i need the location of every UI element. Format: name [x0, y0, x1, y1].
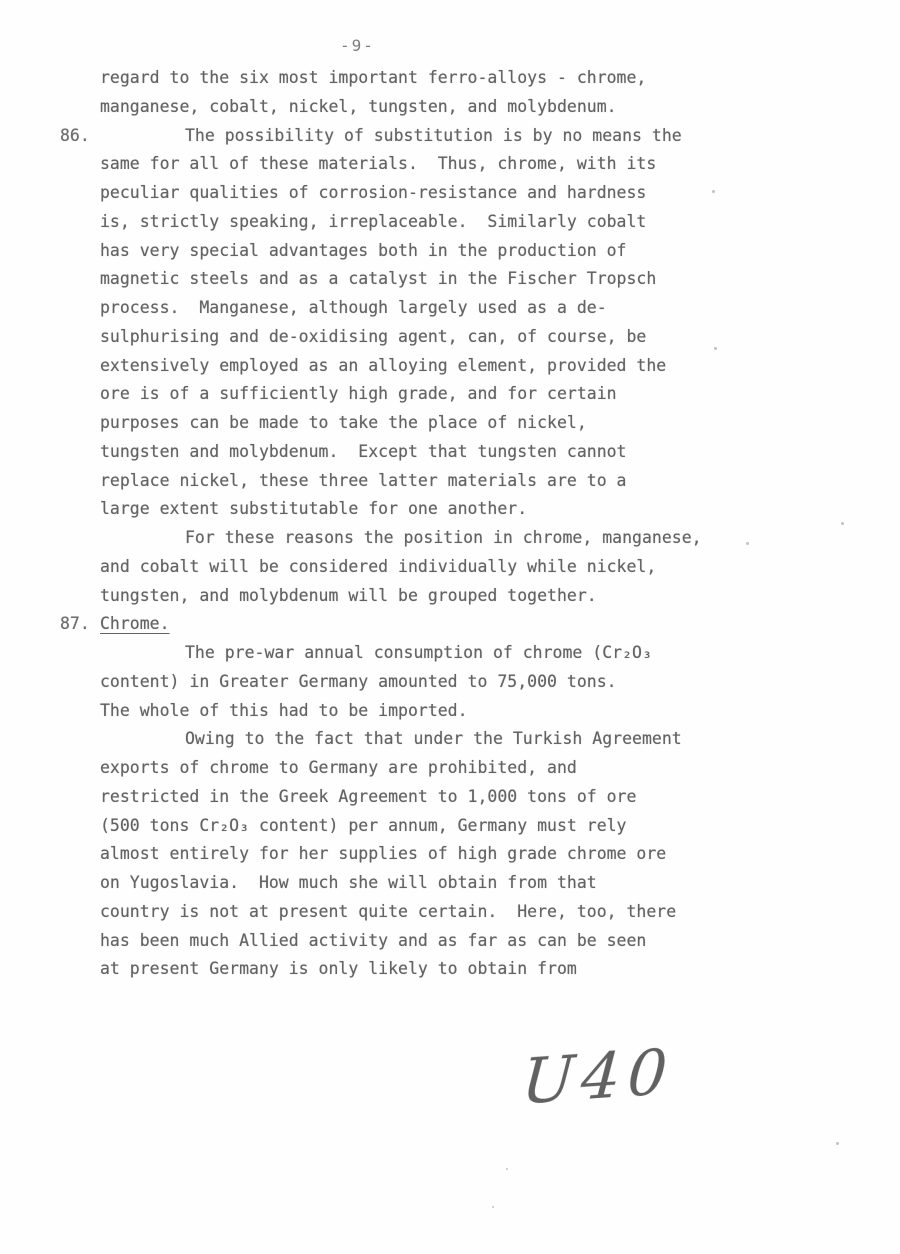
text-line: country is not at present quite certain.…	[100, 898, 700, 927]
text-line: content) in Greater Germany amounted to …	[100, 668, 700, 697]
text-line: tungsten and molybdenum. Except that tun…	[100, 438, 700, 467]
text-line: has very special advantages both in the …	[100, 237, 700, 266]
text-line: same for all of these materials. Thus, c…	[100, 150, 700, 179]
text-line: exports of chrome to Germany are prohibi…	[100, 754, 700, 783]
text-line: ore is of a sufficiently high grade, and…	[100, 380, 700, 409]
text-line: extensively employed as an alloying elem…	[100, 352, 700, 381]
text-line: peculiar qualities of corrosion-resistan…	[100, 179, 700, 208]
text-line: restricted in the Greek Agreement to 1,0…	[100, 783, 700, 812]
scan-speck	[841, 522, 844, 525]
text-line: (500 tons Cr₂O₃ content) per annum, Germ…	[100, 812, 700, 841]
text-line: magnetic steels and as a catalyst in the…	[100, 265, 700, 294]
scan-speck	[492, 1206, 494, 1208]
scan-speck	[714, 347, 717, 350]
text-line: regard to the six most important ferro-a…	[100, 64, 700, 93]
text-block: regard to the six most important ferro-a…	[100, 64, 700, 984]
scan-speck	[712, 190, 715, 193]
scan-speck	[746, 542, 749, 545]
paragraph-number: 87.	[60, 610, 90, 639]
handwritten-mark: U40	[520, 1034, 677, 1118]
section-heading-chrome: 87.Chrome.	[100, 610, 700, 639]
text-line: For these reasons the position in chrome…	[100, 524, 700, 553]
scan-speck	[836, 1142, 839, 1145]
text-line: purposes can be made to take the place o…	[100, 409, 700, 438]
text-line: replace nickel, these three latter mater…	[100, 467, 700, 496]
text-line: manganese, cobalt, nickel, tungsten, and…	[100, 93, 700, 122]
text-line: sulphurising and de-oxidising agent, can…	[100, 323, 700, 352]
text-line: large extent substitutable for one anoth…	[100, 495, 700, 524]
page-number: -9-	[340, 36, 375, 55]
scan-speck	[506, 1168, 508, 1170]
text-line: 86.The possibility of substitution is by…	[100, 122, 700, 151]
text-line: tungsten, and molybdenum will be grouped…	[100, 582, 700, 611]
text-line: almost entirely for her supplies of high…	[100, 840, 700, 869]
text-line: process. Manganese, although largely use…	[100, 294, 700, 323]
text-line: at present Germany is only likely to obt…	[100, 955, 700, 984]
text-line: on Yugoslavia. How much she will obtain …	[100, 869, 700, 898]
text-line: has been much Allied activity and as far…	[100, 927, 700, 956]
text-line: Owing to the fact that under the Turkish…	[100, 725, 700, 754]
text-line: The whole of this had to be imported.	[100, 697, 700, 726]
paragraph-number: 86.	[60, 122, 90, 151]
text-line: and cobalt will be considered individual…	[100, 553, 700, 582]
document-page: -9- regard to the six most important fer…	[0, 0, 900, 1254]
text-line: is, strictly speaking, irreplaceable. Si…	[100, 208, 700, 237]
text-line: The pre-war annual consumption of chrome…	[100, 639, 700, 668]
